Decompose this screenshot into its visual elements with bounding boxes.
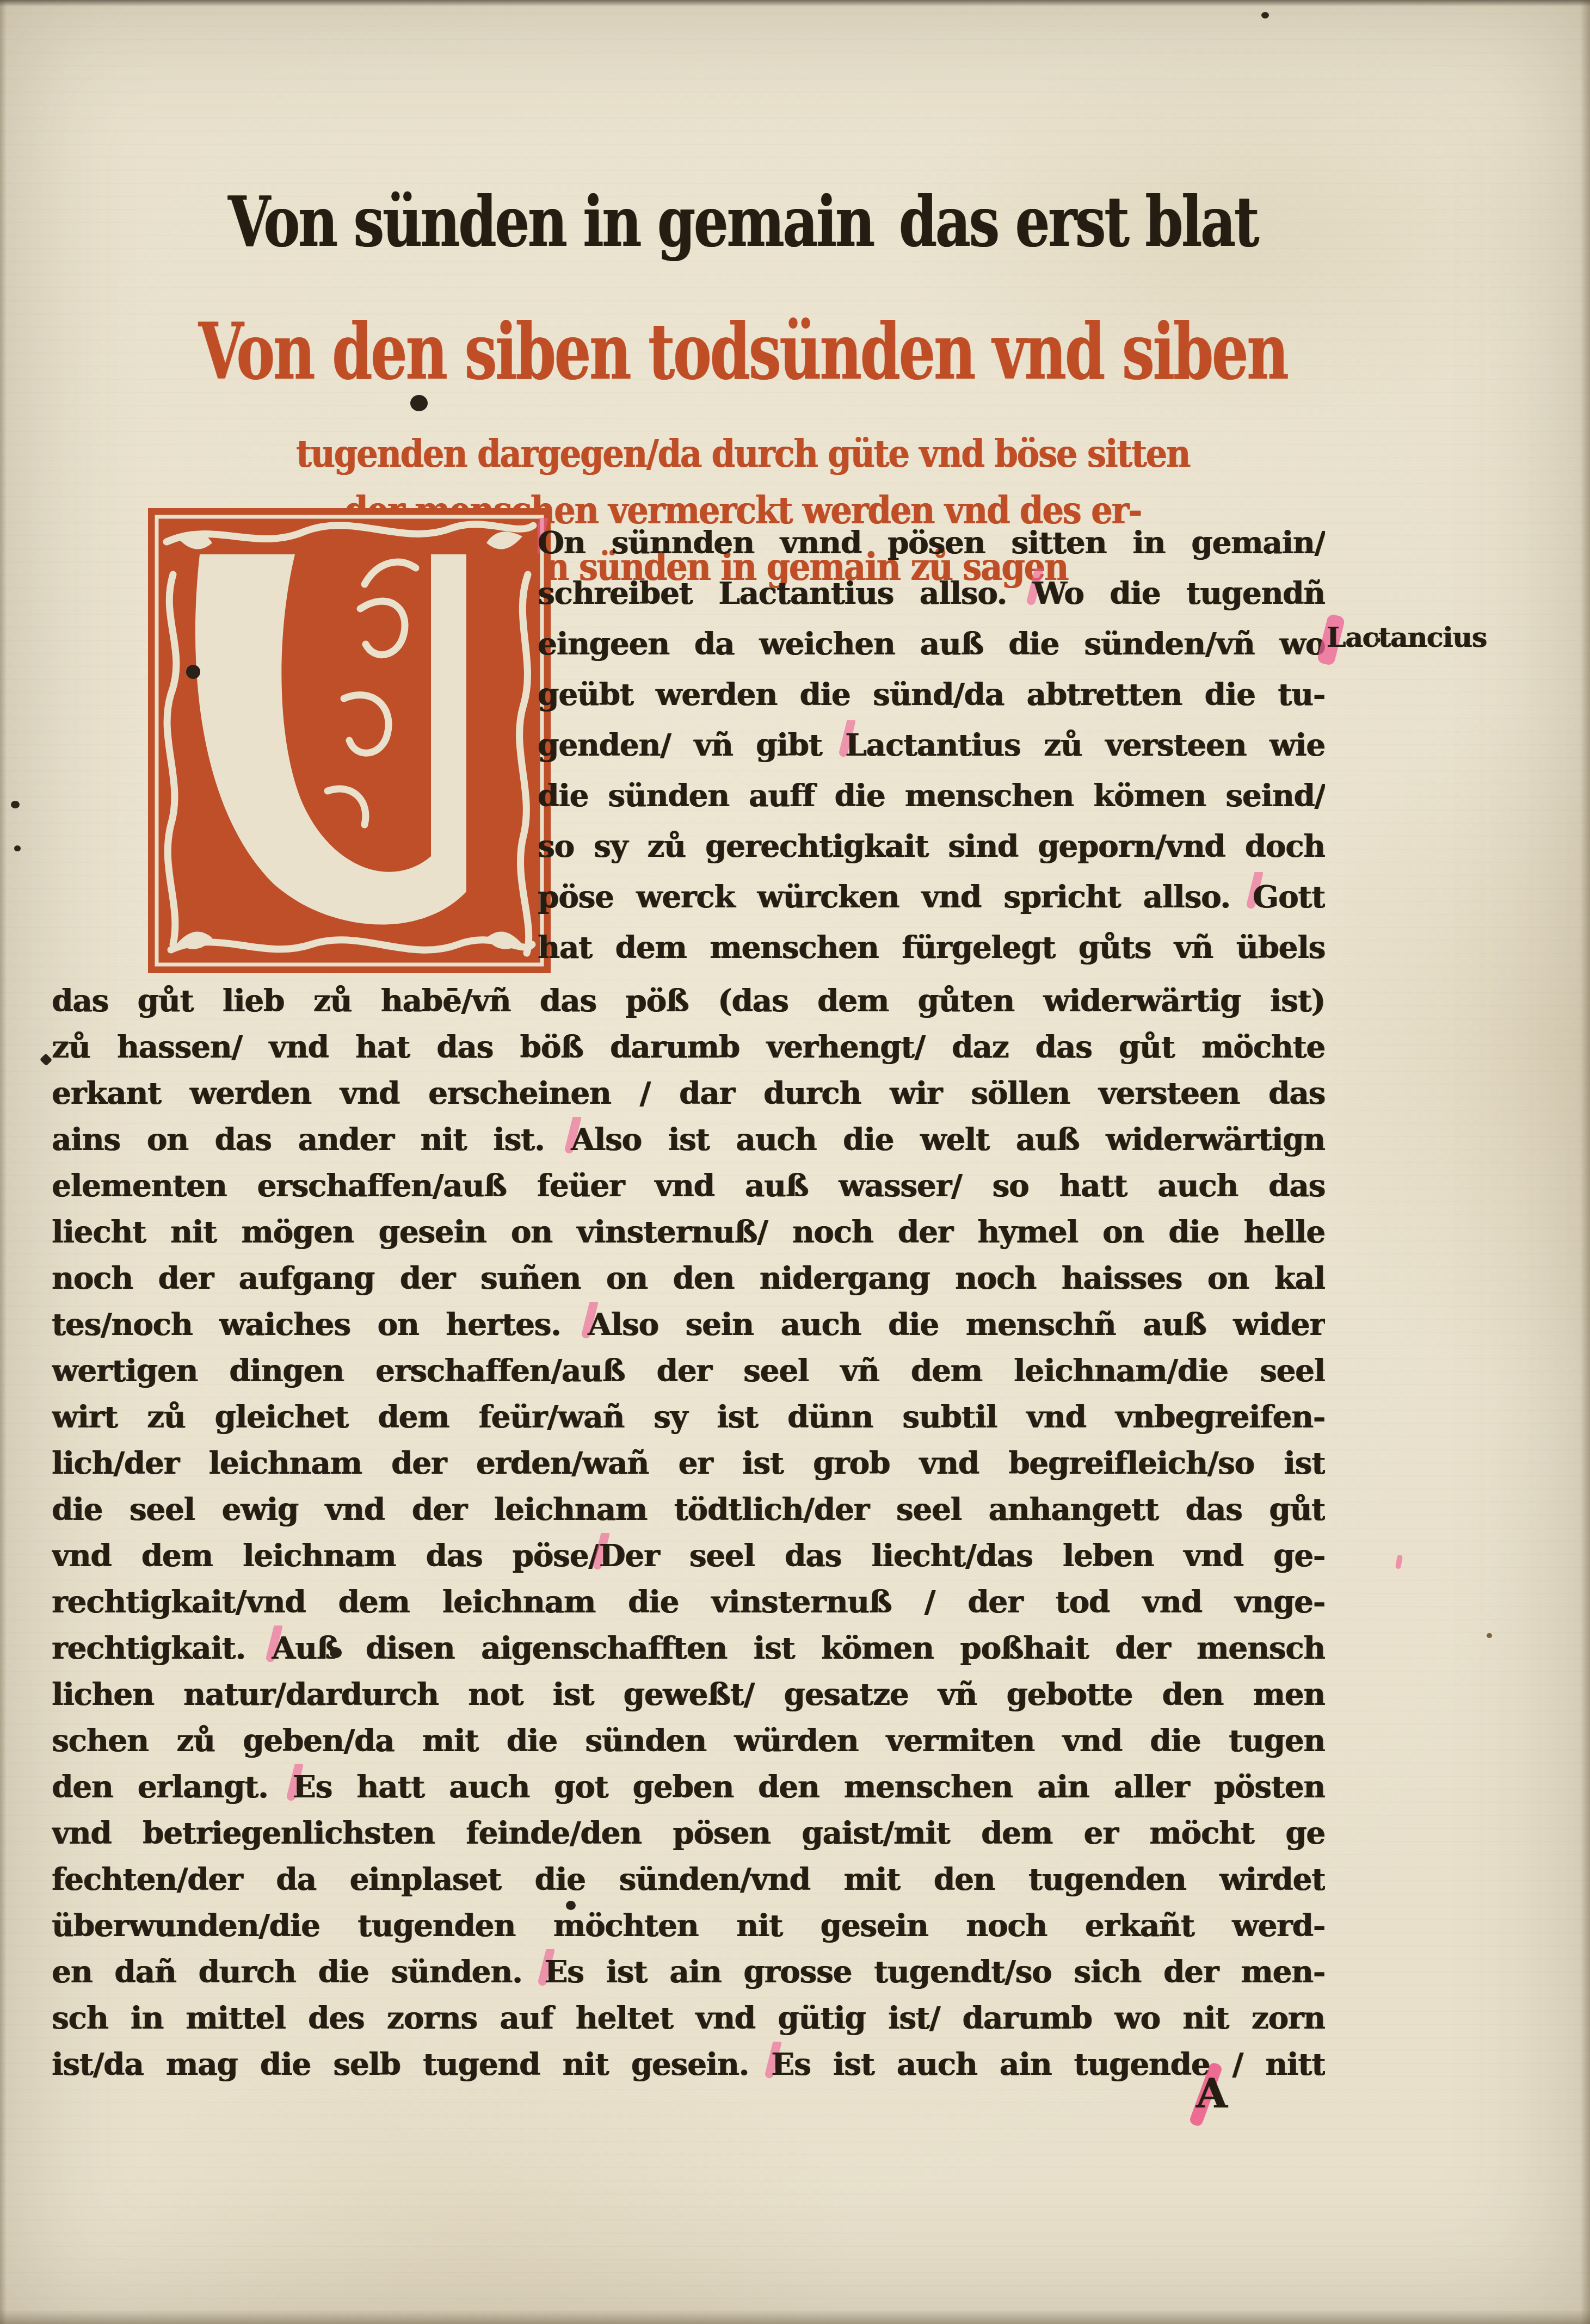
- text-line: tugenden dargegen/da durch güte vnd böse…: [52, 425, 1434, 482]
- text-line: das gůt lieb zů habē/vñ das pöß (das dem…: [52, 978, 1325, 1024]
- rubricated-capital: Es: [293, 1764, 332, 1810]
- body-text: das gůt lieb zů habē/vñ das pöß (das dem…: [52, 978, 1325, 2088]
- text-line: sch in mittel des zorns auf heltet vnd g…: [52, 1995, 1325, 2042]
- rubricated-capital: Also: [588, 1302, 658, 1348]
- rubricated-capital: Wo: [1033, 568, 1084, 619]
- page-edge-bottom: [0, 2310, 1590, 2324]
- page-edge-top: [0, 0, 1590, 7]
- text-line: lichen natur/dardurch not ist geweßt/ ge…: [52, 1672, 1325, 1718]
- rubric-smudge: [1395, 1554, 1403, 1569]
- wormhole: [186, 665, 200, 679]
- rubricated-capital: Lactantius: [845, 720, 1020, 771]
- text-line: elementen erschaffen/auß feüer vnd auß w…: [52, 1163, 1325, 1209]
- woodcut-initial-v-graphic: [148, 508, 551, 974]
- text-line: vnd betriegenlichsten feinde/den pösen g…: [52, 1810, 1325, 1857]
- rubricated-capital: Auß: [272, 1625, 340, 1672]
- ink-speck: [40, 1053, 52, 1066]
- text-line: die sünden auff die menschen kömen seind…: [538, 771, 1325, 821]
- text-line: den erlangt. Es hatt auch got geben den …: [52, 1764, 1325, 1810]
- text-line: schreibet Lactantius allso. Wo die tugen…: [538, 568, 1325, 619]
- ink-speck: [11, 801, 20, 808]
- text-line: fechten/der da einplaset die sünden/vnd …: [52, 1857, 1325, 1903]
- text-line: genden/ vñ gibt Lactantius zů versteen w…: [538, 720, 1325, 771]
- paper-stain-speck: [1487, 1633, 1492, 1638]
- ink-speck: [14, 845, 21, 851]
- rubricated-capital: Der: [599, 1533, 660, 1579]
- woodcut-initial-v: [148, 508, 551, 974]
- text-line: rechtigkait/vnd dem leichnam die vinster…: [52, 1579, 1325, 1625]
- text-line: erkant werden vnd erscheinen / dar durch…: [52, 1071, 1325, 1117]
- text-line: lich/der leichnam der erden/wañ er ist g…: [52, 1441, 1325, 1487]
- text-line: tes/noch waiches on hertes. Also sein au…: [52, 1302, 1325, 1348]
- text-line: noch der aufgang der suñen on den niderg…: [52, 1256, 1325, 1302]
- body-text-beside-initial: On sünnden vnnd pösen sitten in gemain/s…: [538, 518, 1325, 973]
- chapter-title: Von den siben todsünden vnd siben: [52, 306, 1434, 397]
- text-line: hat dem menschen fürgelegt gůts vñ übels: [538, 923, 1325, 973]
- text-line: vnd dem leichnam das pöse/Der seel das l…: [52, 1533, 1325, 1579]
- text-line: so sy zů gerechtigkait sind geporn/vnd d…: [538, 821, 1325, 872]
- text-line: zů hassen/ vnd hat das böß darumb verhen…: [52, 1024, 1325, 1071]
- text-line: geübt werden die sünd/da abtretten die t…: [538, 670, 1325, 720]
- rubricated-capital: On: [538, 518, 586, 568]
- running-title: Von sünden in gemain das erst blat: [52, 181, 1434, 263]
- margin-note-lactancius: Lactancius: [1327, 621, 1506, 653]
- text-line: wirt zů gleichet dem feür/wañ sy ist dün…: [52, 1394, 1325, 1441]
- text-line: On sünnden vnnd pösen sitten in gemain/: [538, 518, 1325, 568]
- rubricated-capital: Es: [544, 1949, 583, 1995]
- page-edge-right: [1580, 0, 1590, 2324]
- text-line: die seel ewig vnd der leichnam tödtlich/…: [52, 1487, 1325, 1533]
- text-line: pöse werck würcken vnd spricht allso. Go…: [538, 872, 1325, 923]
- book-page: Von sünden in gemain das erst blat Von d…: [0, 0, 1590, 2324]
- text-line: schen zů geben/da mit die sünden würden …: [52, 1718, 1325, 1764]
- text-line: überwunden/die tugenden möchten nit gese…: [52, 1903, 1325, 1949]
- rubricated-capital: Gott: [1253, 872, 1325, 923]
- text-line: rechtigkait. Auß disen aigenschafften is…: [52, 1625, 1325, 1672]
- text-line: eingeen da weichen auß die sünden/vñ wo: [538, 619, 1325, 670]
- ink-speck: [1261, 12, 1269, 18]
- wormhole: [410, 395, 428, 411]
- text-line: ains on das ander nit ist. Also ist auch…: [52, 1117, 1325, 1163]
- text-line: ist/da mag die selb tugend nit gesein. E…: [52, 2042, 1325, 2088]
- rubricated-capital: Also: [571, 1117, 642, 1163]
- text-line: liecht nit mögen gesein on vinsternuß/ n…: [52, 1209, 1325, 1256]
- ink-speck: [330, 1647, 342, 1658]
- rubricated-capital: Es: [771, 2042, 810, 2088]
- signature-mark: A: [1196, 2070, 1227, 2117]
- text-line: wertigen dingen erschaffen/auß der seel …: [52, 1348, 1325, 1394]
- ink-speck: [566, 1901, 576, 1910]
- page-edge-left: [0, 0, 7, 2324]
- text-line: en dañ durch die sünden. Es ist ain gros…: [52, 1949, 1325, 1995]
